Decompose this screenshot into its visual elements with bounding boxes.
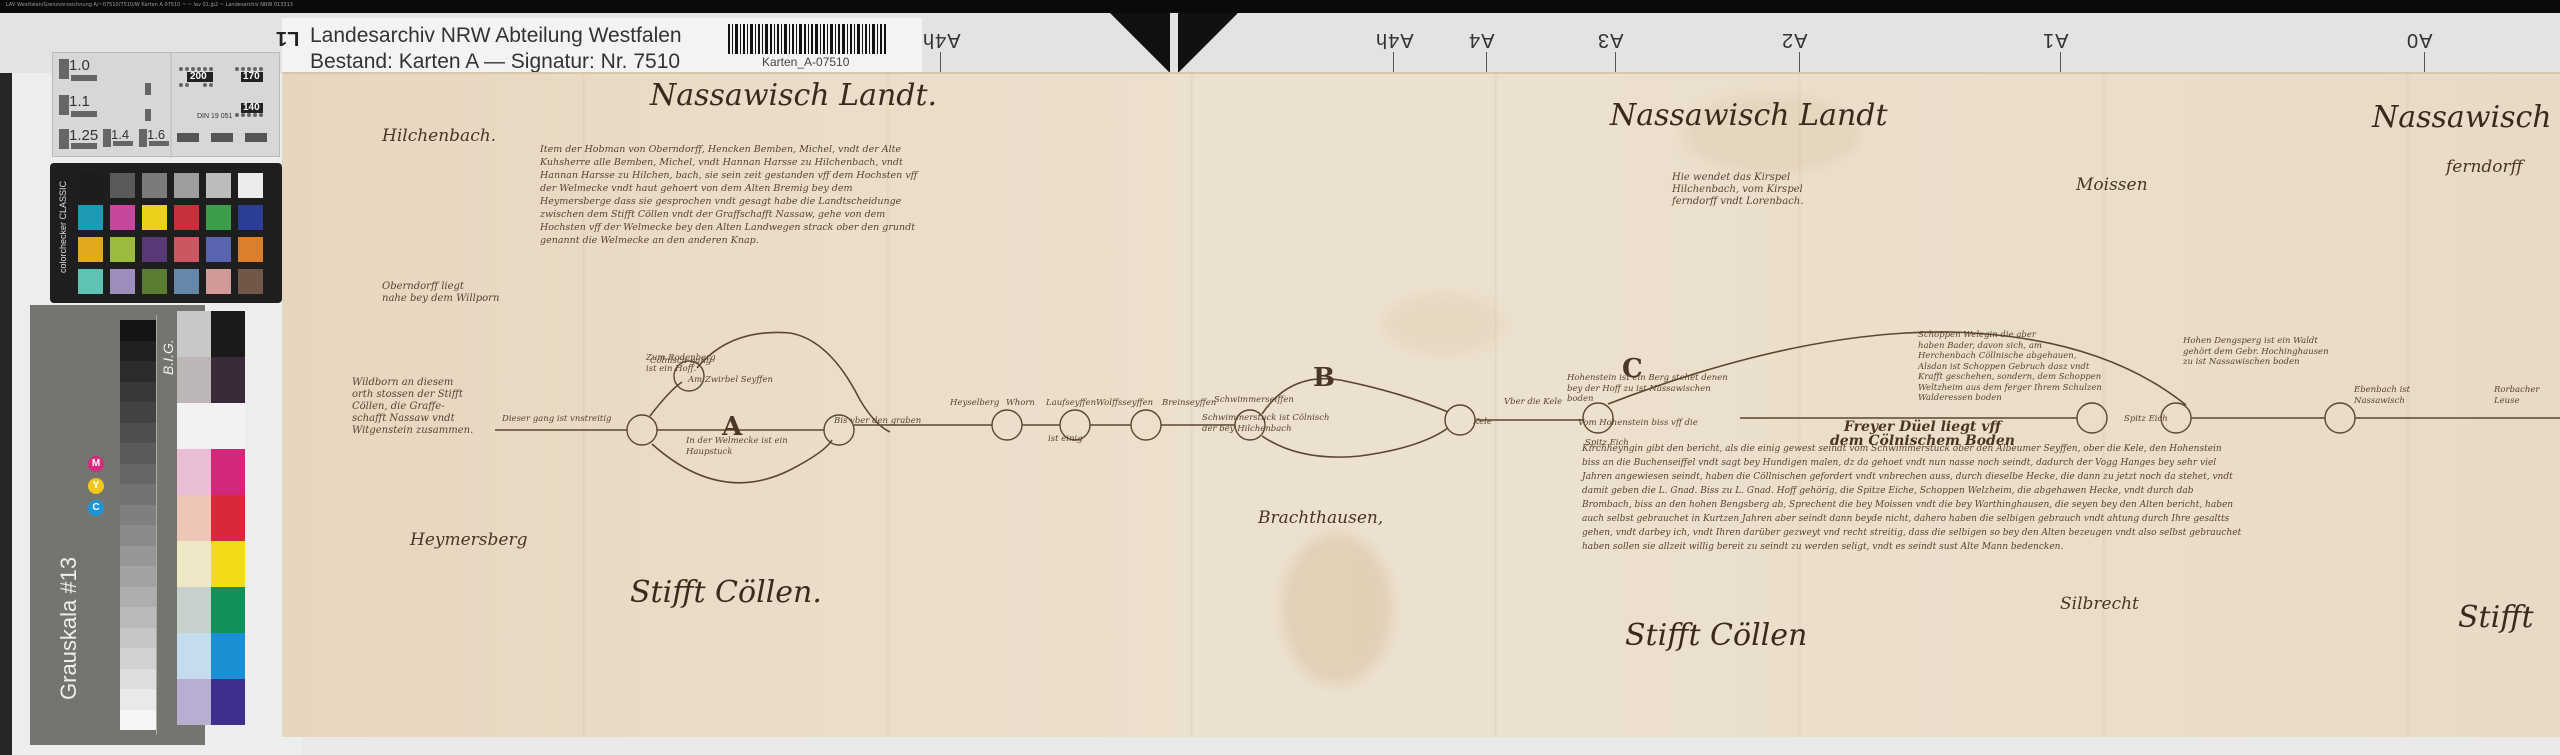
boundary-report-text: Kirchheyngin gibt den bericht, als die e…: [1582, 442, 2242, 554]
gray-scale-brand: B.I.G.: [160, 339, 176, 375]
color-strip-light: [177, 495, 211, 541]
target-value: 1.6: [147, 127, 165, 142]
region-heading: Nassawisch Landt: [1610, 98, 1888, 133]
place-name: ferndorff: [2446, 157, 2523, 177]
color-patch: [206, 269, 231, 294]
route-label: Schoppen Welegin die aber haben Bader, d…: [1918, 330, 2102, 404]
color-strip-light: [177, 357, 211, 403]
color-strip-dark: [211, 495, 245, 541]
gray-step-patch: [120, 341, 156, 362]
color-strip-dark: [211, 679, 245, 725]
color-patch: [206, 237, 231, 262]
color-patch: [238, 173, 263, 198]
gray-step-patch: [120, 484, 156, 505]
gray-step-patch: [120, 587, 156, 608]
scale-tick-line: [1615, 52, 1616, 72]
gray-step-patch: [120, 320, 156, 341]
route-label: Ebenbach ist Nassawisch: [2354, 385, 2410, 406]
color-strip-dark: [211, 403, 245, 449]
color-patch: [110, 269, 135, 294]
scale-tick-line: [2424, 52, 2425, 72]
paper-stain: [1382, 294, 1502, 354]
scan-bottom-background: [302, 737, 2560, 755]
color-strip-light: [177, 403, 211, 449]
scale-tick-line: [1486, 52, 1487, 72]
resolution-test-target: 1.0 1.1 1.25 1.4 1.6 200 170 140 DIN 19 …: [52, 52, 280, 157]
scale-tick-label: A3: [1597, 28, 1623, 51]
gray-step-patch: [120, 525, 156, 546]
target-value: 1.4: [111, 127, 129, 142]
place-name: Heymersberg: [410, 530, 527, 550]
barcode-label: Karten_A-07510: [762, 55, 849, 69]
color-checker: colorchecker CLASSIC: [50, 163, 282, 303]
color-patch: [238, 269, 263, 294]
gray-scale-title: Grauskala #13: [56, 557, 82, 700]
route-label: Am Zwirbel Seyffen: [688, 375, 773, 386]
territory-heading: Stifft: [2458, 600, 2534, 635]
target-value: 1.1: [69, 93, 90, 110]
place-name: Silbrecht: [2060, 594, 2139, 614]
color-strip-dark: [211, 449, 245, 495]
route-label: Vber die Kele: [1504, 397, 1562, 408]
scale-tick-line: [2060, 52, 2061, 72]
archive-holding-signature: Bestand: Karten A — Signatur: Nr. 7510: [310, 50, 680, 74]
corner-mark: L1: [276, 26, 299, 49]
gray-step-patch: [120, 689, 156, 710]
route-label: Heyselberg: [950, 398, 999, 409]
scale-tick-label: A4h: [922, 28, 961, 51]
file-caption: LAV Westfalen/Grenzverzeichnung A/~07510…: [6, 2, 293, 8]
color-patch: [78, 173, 103, 198]
route-label: Schwimmerseiffen: [1214, 395, 1294, 406]
scale-tick-line: [1393, 52, 1394, 72]
color-patch: [110, 173, 135, 198]
region-heading: Nassawisch Landt.: [650, 78, 937, 113]
route-label: Schwimmerstuck ist Cölnisch der bey Hilc…: [1202, 413, 1329, 434]
gray-step-patch: [120, 710, 156, 731]
route-label: Bis vber den graben: [834, 416, 921, 427]
route-label: Vom Hohenstein biss vff die: [1578, 418, 1698, 429]
color-strip-dark: [211, 633, 245, 679]
color-patch: [110, 237, 135, 262]
scale-tick-label: A4: [1468, 28, 1494, 51]
place-name: Brachthausen,: [1258, 508, 1383, 528]
map-note: Oberndorff liegt nahe bey dem Willporn: [382, 281, 499, 305]
paper-stain: [1282, 534, 1392, 684]
gray-step-patch: [120, 669, 156, 690]
target-value: 170: [243, 71, 260, 82]
scale-tick-label: A1: [2042, 28, 2068, 51]
center-marker-right-icon: [1178, 13, 1238, 73]
route-label: ist einig: [1048, 434, 1083, 445]
gray-step-patch: [120, 546, 156, 567]
gray-step-patch: [120, 648, 156, 669]
color-checker-brand: colorchecker CLASSIC: [58, 181, 68, 273]
target-value: 200: [190, 71, 207, 82]
route-label: Laufseyffen: [1046, 398, 1096, 409]
target-value: 1.0: [69, 57, 90, 74]
territory-heading: Stifft Cöllen: [1625, 618, 1807, 653]
color-patch: [174, 237, 199, 262]
color-strip-light: [177, 587, 211, 633]
frey-duel-note: Freyer Düel liegt vff dem Cölnischem Bod…: [1830, 420, 2015, 448]
gray-step-patch: [120, 628, 156, 649]
color-strip-light: [177, 633, 211, 679]
color-strip-light: [177, 679, 211, 725]
color-patch: [110, 205, 135, 230]
color-patch: [78, 205, 103, 230]
barcode-icon: [728, 24, 888, 54]
route-label: Kele: [1473, 417, 1492, 428]
scale-ruler: [156, 315, 172, 735]
gray-step-patch: [120, 382, 156, 403]
color-patch: [238, 237, 263, 262]
viewer-title-bar: LAV Westfalen/Grenzverzeichnung A/~07510…: [0, 0, 2560, 13]
archive-institution: Landesarchiv NRW Abteilung Westfalen: [310, 24, 682, 48]
territory-heading: Stifft Cöllen.: [630, 575, 822, 610]
color-strip-dark: [211, 587, 245, 633]
color-patch: [142, 269, 167, 294]
color-strip-light: [177, 311, 211, 357]
route-label: Cölnisch gang: [650, 356, 711, 367]
color-strip-dark: [211, 311, 245, 357]
route-label: Rorbacher Leuse: [2494, 385, 2539, 406]
target-standard: DIN 19 051: [197, 113, 232, 120]
route-label: Hohen Dengsperg ist ein Waldt gehört dem…: [2183, 336, 2329, 368]
target-value: 1.25: [69, 127, 98, 144]
cym-dot-icon: Y: [88, 478, 104, 494]
gray-step-patch: [120, 566, 156, 587]
scale-tick-label: A4h: [1375, 28, 1414, 51]
color-patch: [142, 173, 167, 198]
gray-step-patch: [120, 361, 156, 382]
color-strip-dark: [211, 357, 245, 403]
cym-dot-icon: C: [88, 500, 104, 516]
route-label: In der Welmecke ist ein Haupstuck: [686, 436, 788, 457]
route-label: Wolffsseyffen: [1096, 398, 1153, 409]
center-marker-left-icon: [1110, 13, 1170, 73]
gray-step-patch: [120, 505, 156, 526]
scan-left-border: [0, 73, 12, 755]
scale-tick-label: A2: [1781, 28, 1807, 51]
place-name: Moissen: [2076, 175, 2148, 195]
color-patch: [238, 205, 263, 230]
gray-step-patch: [120, 464, 156, 485]
map-note: Hie wendet das Kirspel Hilchenbach, vom …: [1672, 172, 1803, 208]
testimony-text: Item der Hobman von Oberndorff, Hencken …: [540, 143, 920, 247]
section-letter: B: [1313, 363, 1335, 393]
place-name: Hilchenbach.: [382, 126, 496, 146]
map-note: Wildborn an diesem orth stossen der Stif…: [352, 377, 473, 437]
color-patch: [78, 237, 103, 262]
scale-tick-line: [1799, 52, 1800, 72]
scale-tick-label: A0: [2406, 28, 2432, 51]
color-patch: [206, 205, 231, 230]
gray-step-patch: [120, 423, 156, 444]
gray-step-patch: [120, 443, 156, 464]
route-label: Spitz Eich: [2124, 414, 2168, 425]
color-patch: [142, 205, 167, 230]
color-strip-dark: [211, 541, 245, 587]
color-patch: [78, 269, 103, 294]
color-patch: [142, 237, 167, 262]
target-value: 140: [243, 102, 260, 113]
gray-step-patch: [120, 607, 156, 628]
gray-step-patch: [120, 402, 156, 423]
cym-dot-icon: M: [88, 456, 104, 472]
scale-tick-line: [940, 52, 941, 72]
color-strip-light: [177, 541, 211, 587]
color-patch: [206, 173, 231, 198]
color-strip-light: [177, 449, 211, 495]
route-label: Whorn: [1006, 398, 1035, 409]
color-patch: [174, 173, 199, 198]
route-label: Breinseyffen: [1162, 398, 1216, 409]
region-heading: Nassawisch Lan: [2372, 100, 2560, 135]
route-label: Hohenstein ist ein Berg stehet denen bey…: [1567, 373, 1728, 405]
color-patch: [174, 205, 199, 230]
color-patch: [174, 269, 199, 294]
route-label: Dieser gang ist vnstreitig: [502, 414, 612, 425]
